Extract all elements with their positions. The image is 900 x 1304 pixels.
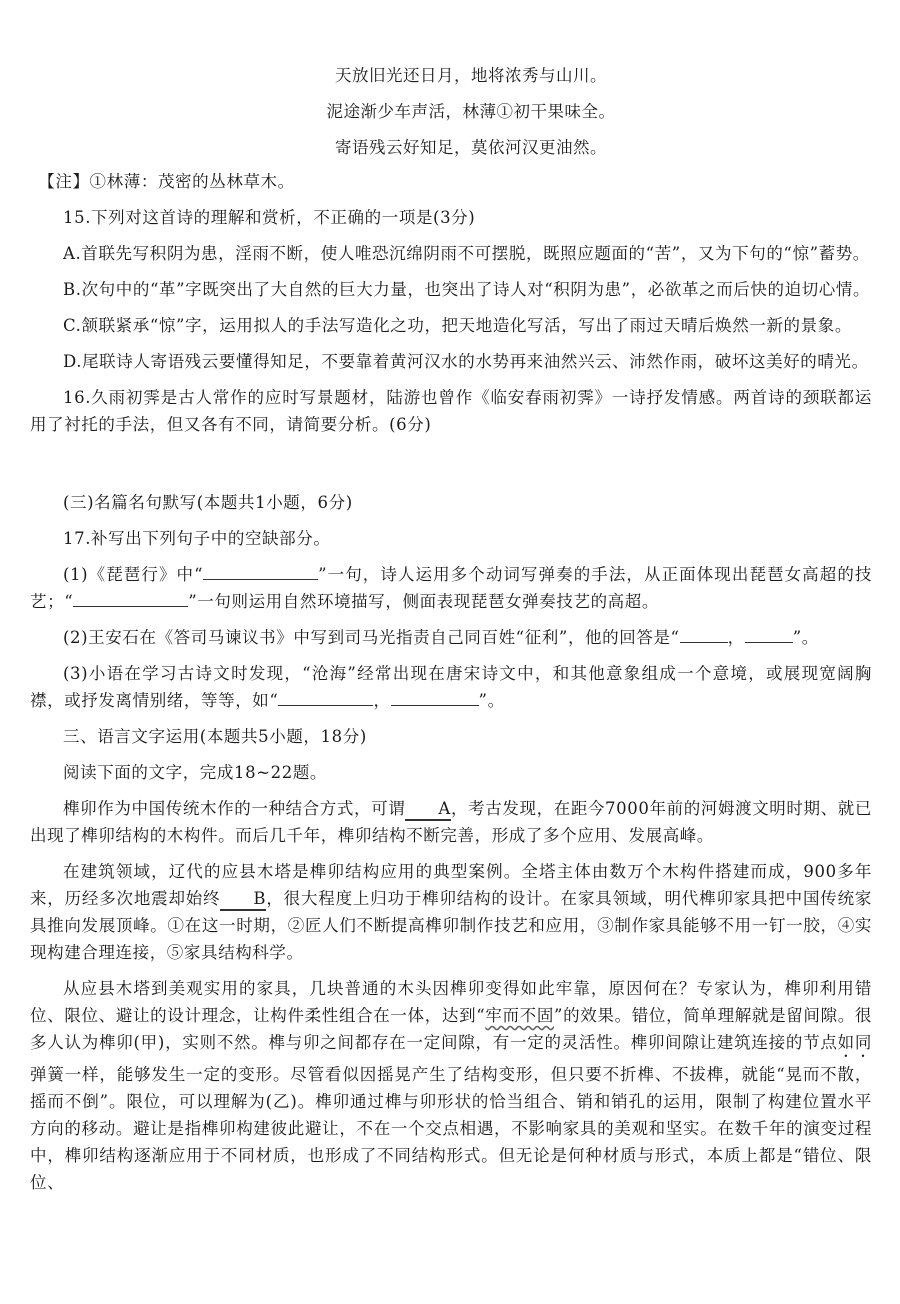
fill-blank[interactable] bbox=[203, 565, 318, 580]
fill-blank[interactable] bbox=[745, 628, 793, 643]
passage-paragraph-2: 在建筑领域，辽代的应县木塔是榫卯结构应用的典型案例。全塔主体由数万个木构件搭建而… bbox=[30, 858, 872, 966]
question-16: 16.久雨初霁是古人常作的应时写景题材，陆游也曾作《临安春雨初霁》一诗抒发情感。… bbox=[30, 384, 872, 438]
poem-line: 泥途渐少车声活，林薄①初干果味全。 bbox=[30, 94, 872, 130]
fill-blank[interactable] bbox=[391, 691, 479, 706]
q15-option-c: C.颔联紧承“惊”字，运用拟人的手法写造化之功，把天地造化写活，写出了雨过天晴后… bbox=[30, 312, 872, 339]
question-17-stem: 17.补写出下列句子中的空缺部分。 bbox=[30, 525, 872, 552]
part-3-title: 三、语言文字运用(本题共5小题，18分) bbox=[30, 723, 872, 750]
poem-line: 天放旧光还日月，地将浓秀与山川。 bbox=[30, 58, 872, 94]
q17-3-text-b: ， bbox=[373, 691, 390, 710]
exam-page: 天放旧光还日月，地将浓秀与山川。 泥途渐少车声活，林薄①初干果味全。 寄语残云好… bbox=[30, 58, 872, 1205]
wavy-underlined-phrase: 牢而不固 bbox=[485, 1006, 554, 1025]
q17-item-3: (3)小语在学习古诗文时发现，“沧海”经常出现在唐宋诗文中，和其他意象组成一个意… bbox=[30, 660, 872, 714]
fill-blank[interactable] bbox=[73, 592, 188, 607]
q17-2-text-c: ”。 bbox=[793, 628, 819, 647]
q17-3-text-c: ”。 bbox=[479, 691, 505, 710]
section-3-title: (三)名篇名句默写(本题共1小题，6分) bbox=[30, 489, 872, 516]
poem-line: 寄语残云好知足，莫依河汉更油然。 bbox=[30, 130, 872, 166]
p1-text-a: 榫卯作为中国传统木作的一种结合方式，可谓 bbox=[63, 799, 405, 818]
q17-item-1: (1)《琵琶行》中“”一句，诗人运用多个动词写弹奏的手法，从正面体现出琵琶女高超… bbox=[30, 561, 872, 615]
question-15-stem: 15.下列对这首诗的理解和赏析，不正确的一项是(3分) bbox=[30, 204, 872, 231]
q17-1-text-a: (1)《琵琶行》中“ bbox=[63, 565, 203, 584]
q17-2-text-b: ， bbox=[728, 628, 745, 647]
fill-blank[interactable] bbox=[278, 691, 373, 706]
passage-paragraph-1: 榫卯作为中国传统木作的一种结合方式，可谓A，考古发现，在距今7000年前的河姆渡… bbox=[30, 795, 872, 849]
part-3-instruction: 阅读下面的文字，完成18~22题。 bbox=[30, 759, 872, 786]
passage-paragraph-3: 从应县木塔到美观实用的家具，几块普通的木头因榫卯变得如此牢靠，原因何在？专家认为… bbox=[30, 975, 872, 1196]
p3-text-c: 弹簧一样，能够发生一定的变形。尽管看似因摇晃产生了结构变形，但只要不折榫、不拔榫… bbox=[30, 1065, 872, 1192]
q17-item-2: (2)王安石在《答司马谏议书》中写到司马光指责自己同百姓“征利”，他的回答是“，… bbox=[30, 624, 872, 651]
q17-1-text-c: ”一句则运用自然环境描写，侧面表现琵琶女弹奏技艺的高超。 bbox=[188, 592, 659, 611]
dotted-emphasis-word: 如同 bbox=[838, 1033, 872, 1052]
q15-option-a: A.首联先写积阴为患，淫雨不断，使人唯恐沉绵阴雨不可摆脱，既照应题面的“苦”，又… bbox=[30, 240, 872, 267]
blank-a[interactable]: A bbox=[405, 799, 451, 821]
answer-space bbox=[30, 447, 872, 489]
q17-2-text-a: (2)王安石在《答司马谏议书》中写到司马光指责自己同百姓“征利”，他的回答是“ bbox=[63, 628, 680, 647]
q15-option-b: B.次句中的“革”字既突出了大自然的巨大力量，也突出了诗人对“积阴为患”，必欲革… bbox=[30, 276, 872, 303]
fill-blank[interactable] bbox=[680, 628, 728, 643]
poem-note: 【注】①林薄：茂密的丛林草木。 bbox=[30, 168, 872, 195]
poem: 天放旧光还日月，地将浓秀与山川。 泥途渐少车声活，林薄①初干果味全。 寄语残云好… bbox=[30, 58, 872, 166]
blank-b[interactable]: B bbox=[220, 889, 266, 911]
q15-option-d: D.尾联诗人寄语残云要懂得知足，不要靠着黄河汉水的水势再来油然兴云、沛然作雨，破… bbox=[30, 348, 872, 375]
